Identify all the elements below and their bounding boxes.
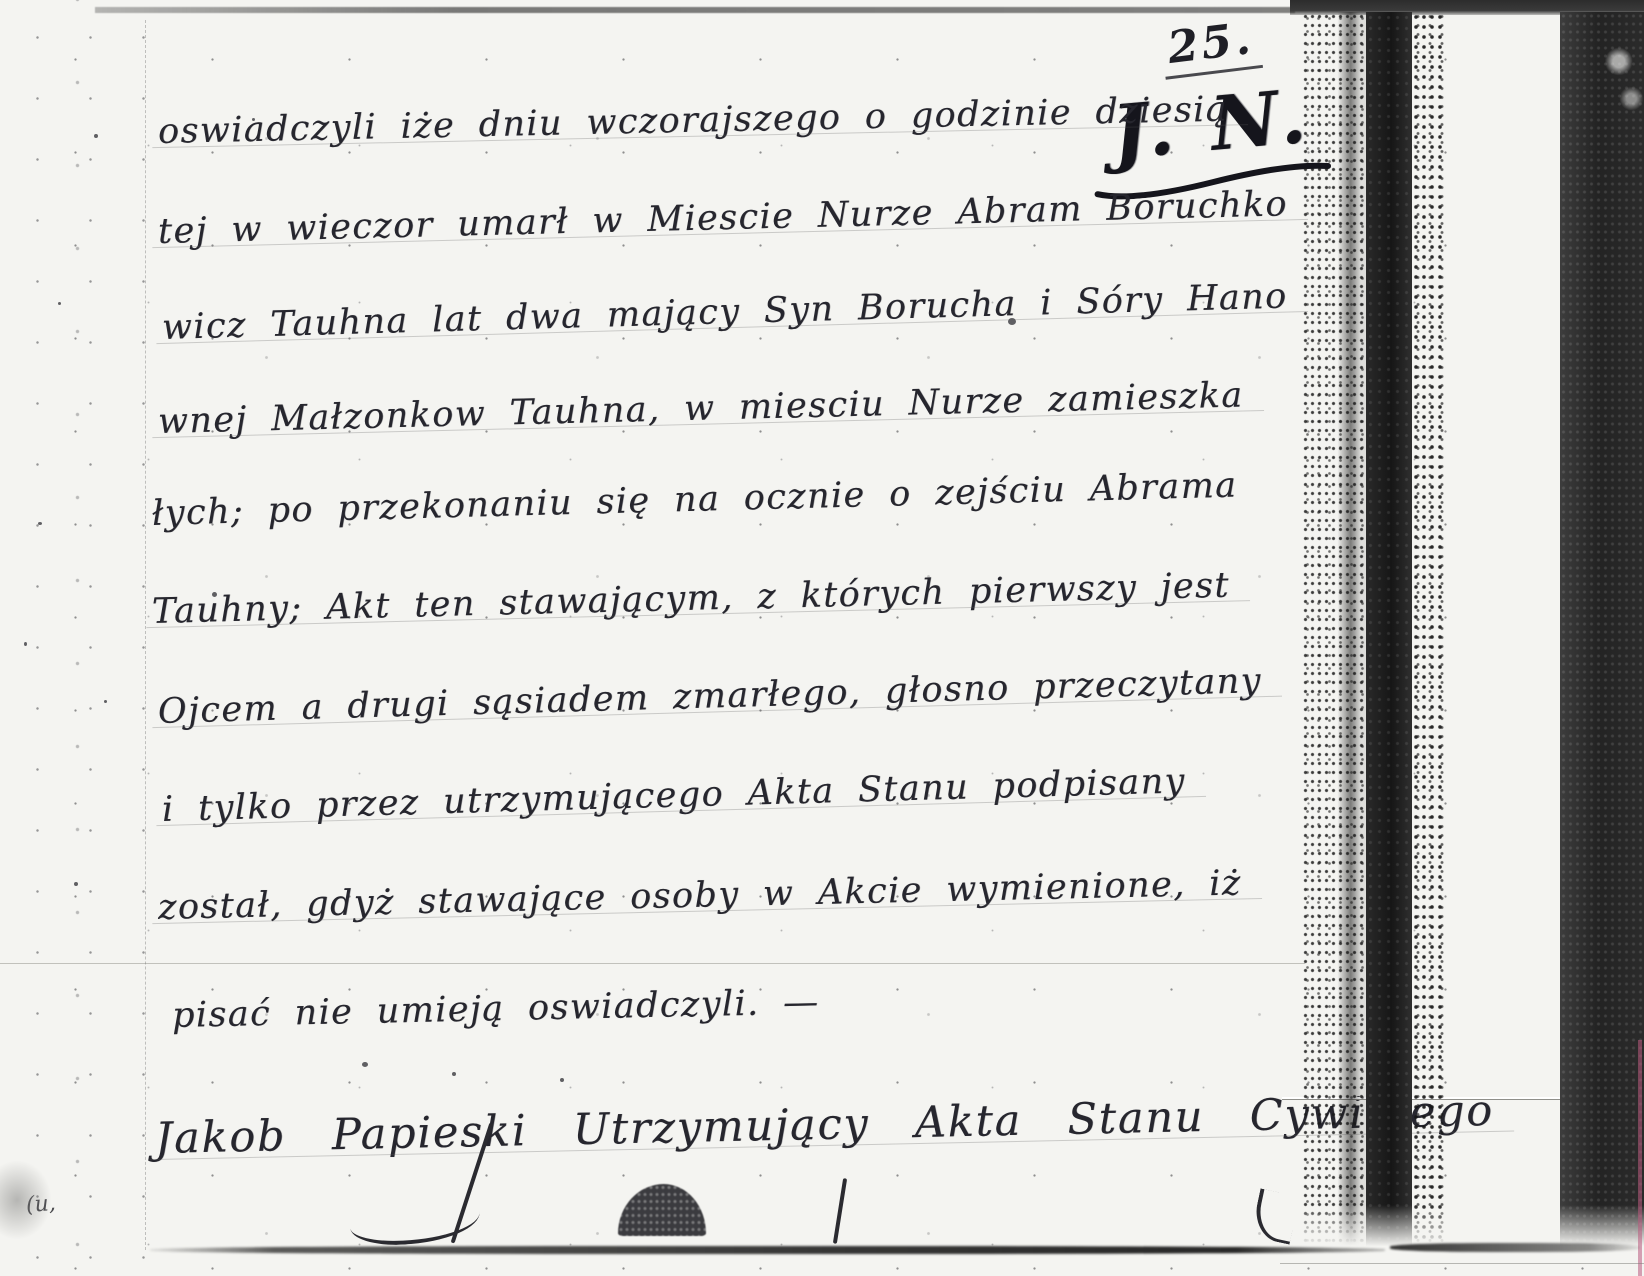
dust-speck [560, 1078, 564, 1082]
manuscript-line: łych; po przekonaniu się na ocznie o zej… [151, 466, 1237, 534]
dust-speck [104, 700, 107, 703]
dust-speck [38, 522, 42, 525]
scan-bottom-faint-line [1280, 1263, 1644, 1264]
scan-top-edge [95, 7, 1295, 13]
dust-speck [94, 134, 98, 138]
paper-dust-texture [0, 0, 150, 1276]
margin-guide-line [145, 20, 147, 1250]
manuscript-line: Ojcem a drugi sąsiadem zmarłego, głosno … [157, 661, 1262, 732]
binding-speckle-band-2 [1412, 12, 1446, 1248]
cutoff-pen-stroke [833, 1178, 847, 1244]
dust-speck [24, 642, 27, 646]
dust-speck [362, 1062, 368, 1067]
manuscript-line: pisać nie umieją oswiadczyli. — [172, 982, 820, 1036]
scan-edge-dark-band [1560, 12, 1644, 1248]
dust-speck [58, 302, 61, 305]
scan-bottom-edge-right [1390, 1243, 1640, 1252]
manuscript-line: oswiadczyli iże dniu wczorajszego o godz… [158, 90, 1229, 152]
dust-speck [74, 882, 78, 886]
manuscript-line: został, gdyż stawające osoby w Akcie wym… [158, 863, 1242, 928]
manuscript-line: wnej Małzonkow Tauhna, w miesciu Nurze z… [158, 375, 1244, 442]
cutoff-pen-stroke [349, 1193, 481, 1248]
ink-blot [618, 1184, 706, 1236]
manuscript-line: wicz Tauhna lat dwa mający Syn Borucha i… [161, 277, 1288, 348]
manuscript-line: Tauhny; Akt ten stawającym, z których pi… [152, 566, 1231, 632]
scanned-document-page: 25. J. N. oswiadczyli iże dniu wczorajsz… [0, 0, 1644, 1276]
manuscript-line: i tylko przez utrzymującego Akta Stanu p… [161, 761, 1186, 830]
binding-speckle-band [1302, 12, 1366, 1248]
binding-dark-band [1366, 12, 1412, 1248]
manuscript-line: tej w wieczor umarł w Miescie Nurze Abra… [158, 184, 1289, 252]
page-number: 25. [1159, 12, 1263, 79]
scan-edge-color-artifact [1638, 1040, 1642, 1276]
fold-line [0, 963, 1305, 964]
scan-bottom-edge [150, 1246, 1385, 1254]
dust-speck [452, 1072, 456, 1076]
